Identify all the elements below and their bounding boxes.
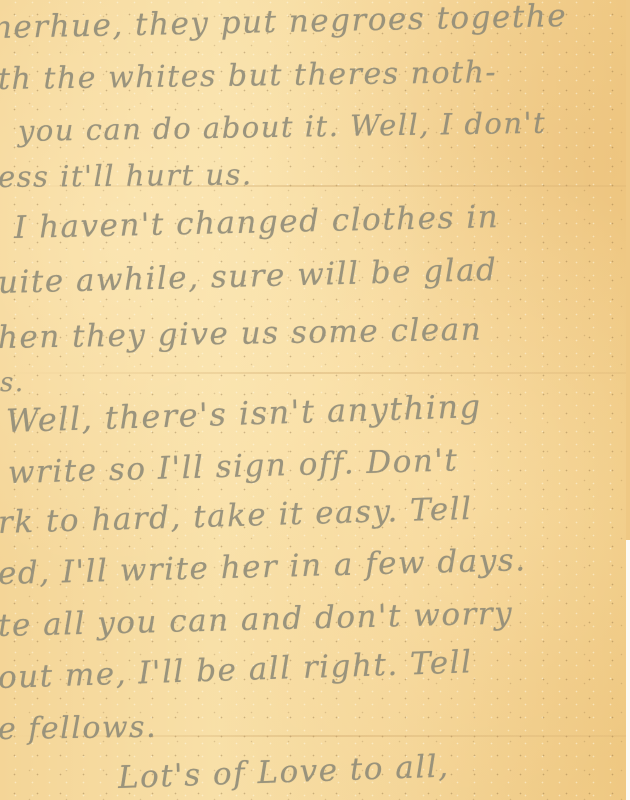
handwritten-text: nerhue, they put negroes togethe th the … [0,0,626,800]
letter-line: uite awhile, sure will be glad [0,252,498,301]
letter-line: ess it'll hurt us. [0,157,253,194]
letter-line: th the whites but theres noth- [0,55,497,97]
letter-line: write so I'll sign off. Don't [7,442,458,491]
letter-line: hen they give us some clean [0,312,482,356]
scan-margin [626,540,630,800]
letter-line: e fellows. [0,710,157,747]
letter-line: rk to hard, take it easy. Tell [0,491,473,541]
letter-line: you can do about it. Well, I don't [18,106,547,148]
letter-line: te all you can and don't worry [0,595,514,644]
paper-edge [626,0,630,540]
letter-line: Well, there's isn't anything [5,387,482,440]
letter-line: nerhue, they put negroes togethe [0,0,567,46]
letter-line: s. [0,368,25,398]
letter-line: out me, I'll be all right. Tell [0,644,473,696]
letter-line: ed, I'll write her in a few days. [0,542,527,592]
letter-line: I haven't changed clothes in [14,199,500,246]
closing-line: Lot's of Love to all, [117,748,450,796]
letter-page: nerhue, they put negroes togethe th the … [0,0,626,800]
